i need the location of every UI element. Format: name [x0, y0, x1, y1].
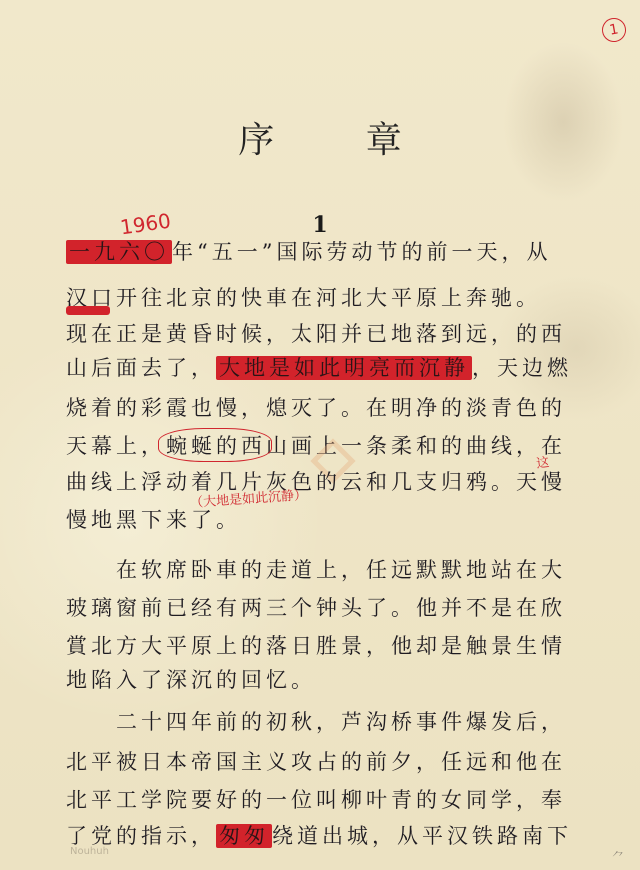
- line-text: 賞北方大平原上的落日胜景，他却是触景生情: [66, 634, 566, 658]
- manuscript-line-16: 了党的指示，匆匆绕道出城，从平汉铁路南下: [66, 820, 586, 850]
- line-text: 烧着的彩霞也慢，熄灭了。在明净的淡青色的: [66, 396, 566, 420]
- manuscript-page: 1 序 章 1 1960 一九六〇年“五一”国际劳动节的前一天，从 汉口开往北京…: [0, 0, 640, 870]
- chapter-title: 序 章: [0, 112, 640, 163]
- line-text: 慢地黑下来了。: [66, 508, 241, 532]
- line-text: 山后面去了，: [66, 356, 216, 380]
- manuscript-line-4: 山后面去了，大地是如此明亮而沉静，天边燃: [66, 352, 586, 382]
- line-text: ，天边燃: [472, 356, 572, 380]
- insert-character-annotation: 这: [535, 451, 551, 472]
- manuscript-line-11: 賞北方大平原上的落日胜景，他却是触景生情: [66, 630, 586, 660]
- red-underline-mark: [66, 306, 110, 315]
- line-text: 在河北大平原上奔驰。: [291, 286, 541, 310]
- manuscript-line-7: 曲线上浮动着几片灰色的云和几支归鸦。天慢: [66, 466, 586, 496]
- manuscript-line-13: 二十四年前的初秋，芦沟桥事件爆发后，: [66, 706, 586, 736]
- section-number: 1: [0, 212, 640, 238]
- manuscript-line-5: 烧着的彩霞也慢，熄灭了。在明净的淡青色的: [66, 392, 586, 422]
- faint-watermark: Nouhuh: [70, 846, 109, 857]
- line-text: 玻璃窗前已经有两三个钟头了。他并不是在欣: [66, 596, 566, 620]
- line-text: 了党的指示，: [66, 824, 216, 848]
- manuscript-line-2: 汉口开往北京的快車在河北大平原上奔驰。: [66, 282, 586, 312]
- line-text: 地陷入了深沉的回忆。: [66, 668, 316, 692]
- manuscript-line-8: 慢地黑下来了。: [66, 504, 586, 534]
- manuscript-line-1: 一九六〇年“五一”国际劳动节的前一天，从: [66, 236, 586, 266]
- line-text: 年“五一”国际劳动节的前一天，从: [172, 240, 551, 264]
- line-text: 北平工学院要好的一位叫柳叶青的女同学，奉: [66, 788, 566, 812]
- highlighted-phrase: 大地是如此明亮而沉静: [216, 356, 472, 380]
- manuscript-line-9: 在软席卧車的走道上，任远默默地站在大: [66, 554, 586, 584]
- line-text: 现在正是黄昏时候，太阳并已地落到远，的西: [66, 322, 566, 346]
- manuscript-line-3: 现在正是黄昏时候，太阳并已地落到远，的西: [66, 318, 586, 348]
- line-text: 北平被日本帝国主义攻占的前夕，任远和他在: [66, 750, 566, 774]
- manuscript-line-10: 玻璃窗前已经有两三个钟头了。他并不是在欣: [66, 592, 586, 622]
- red-circle-mark: [158, 428, 272, 462]
- struck-text: 匆匆: [216, 824, 272, 848]
- manuscript-line-15: 北平工学院要好的一位叫柳叶青的女同学，奉: [66, 784, 586, 814]
- page-number-badge: 1: [600, 16, 628, 44]
- line-text: 绕道出城，从平汉铁路南下: [272, 824, 572, 848]
- manuscript-line-14: 北平被日本帝国主义攻占的前夕，任远和他在: [66, 746, 586, 776]
- line-text: 二十四年前的初秋，芦沟桥事件爆发后，: [66, 710, 566, 734]
- highlighted-year: 一九六〇: [66, 240, 172, 264]
- line-text: 曲线上浮动着几片灰色的云和几支归鸦。天慢: [66, 470, 566, 494]
- manuscript-line-12: 地陷入了深沉的回忆。: [66, 664, 586, 694]
- corner-pencil-mark: ⺈: [612, 848, 624, 865]
- line-text: 在软席卧車的走道上，任远默默地站在大: [66, 558, 566, 582]
